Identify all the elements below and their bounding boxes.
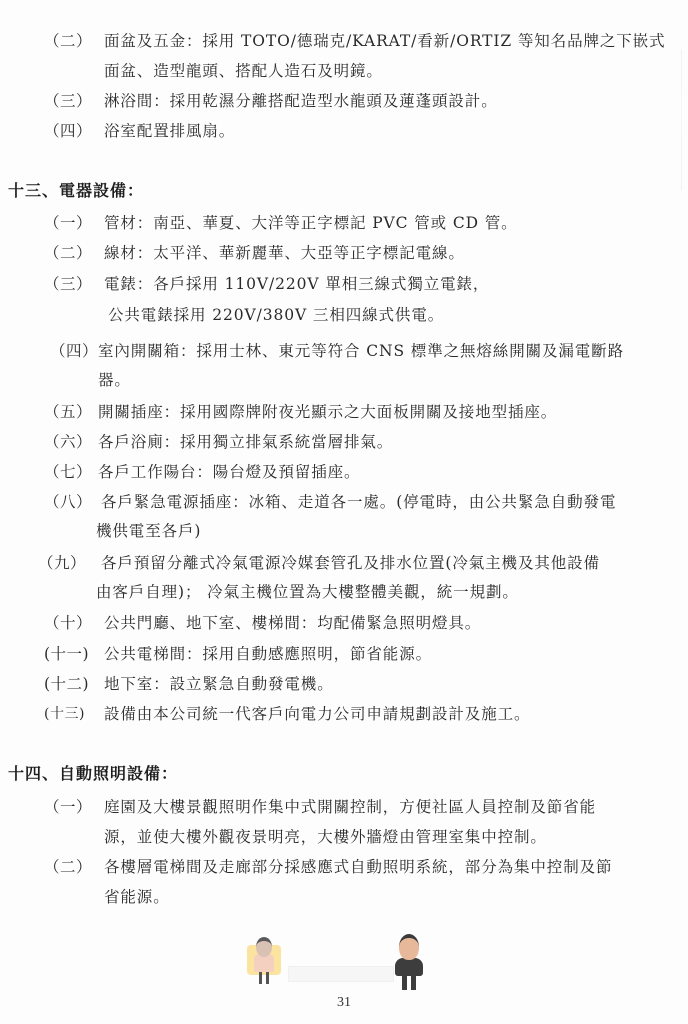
item-text: 面盆、造型龍頭、搭配人造石及明鏡。 bbox=[104, 61, 383, 81]
item-label: (十三) bbox=[44, 704, 85, 724]
item-label: （五） bbox=[44, 402, 92, 422]
item-text: 器。 bbox=[98, 370, 131, 390]
item-text: 面盆及五金：採用 TOTO/德瑞克/KARAT/看新/ORTIZ 等知名品牌之下… bbox=[104, 31, 665, 51]
item-text: 管材：南亞、華夏、大洋等正字標記 PVC 管或 CD 管。 bbox=[104, 213, 518, 233]
item-label: （九） bbox=[38, 553, 86, 573]
item-label: （八） bbox=[44, 492, 92, 512]
item-text: 各戶預留分離式冷氣電源冷媒套管孔及排水位置(冷氣主機及其他設備 bbox=[101, 553, 600, 573]
section-heading: 十四、自動照明設備： bbox=[8, 763, 178, 785]
item-label: （二） bbox=[44, 857, 92, 877]
item-text: 開關插座：採用國際牌附夜光顯示之大面板開關及接地型插座。 bbox=[98, 402, 557, 422]
item-text: 庭園及大樓景觀照明作集中式開關控制，方便社區人員控制及節省能 bbox=[104, 797, 596, 817]
item-text: 電錶：各戶採用 110V/220V 單相三線式獨立電錶， bbox=[104, 274, 489, 294]
item-text: 省能源。 bbox=[104, 887, 170, 907]
item-label: （一） bbox=[44, 797, 92, 817]
scan-edge-artifact bbox=[681, 50, 682, 190]
item-text: 淋浴間：採用乾濕分離搭配造型水龍頭及蓮蓬頭設計。 bbox=[104, 91, 498, 111]
item-text: 各戶緊急電源插座：冰箱、走道各一處。(停電時，由公共緊急自動發電 bbox=[101, 492, 616, 512]
item-text: 公共門廳、地下室、樓梯間：均配備緊急照明燈具。 bbox=[104, 613, 481, 633]
item-text: 地下室：設立緊急自動發電機。 bbox=[104, 674, 334, 694]
item-text: 線材：太平洋、華新麗華、大亞等正字標記電線。 bbox=[104, 243, 465, 263]
item-text: 各戶工作陽台：陽台燈及預留插座。 bbox=[98, 462, 360, 482]
item-label: （一） bbox=[44, 213, 92, 233]
item-label: （十） bbox=[44, 613, 92, 633]
item-text: 由客戶自理)； 冷氣主機位置為大樓整體美觀，統一規劃。 bbox=[96, 582, 519, 602]
caricature-left-icon bbox=[247, 937, 283, 987]
watermark-banner bbox=[288, 966, 394, 982]
item-text: 公共電梯間：採用自動感應照明，節省能源。 bbox=[104, 644, 432, 664]
item-label: （七） bbox=[44, 462, 92, 482]
item-label: （四） bbox=[50, 341, 98, 361]
page-number: 31 bbox=[0, 995, 688, 1011]
item-label: （四） bbox=[44, 121, 92, 141]
item-text: 室內開關箱：採用士林、東元等符合 CNS 標準之無熔絲開關及漏電斷路 bbox=[98, 341, 624, 361]
item-label: (十二) bbox=[44, 674, 89, 694]
item-text: 源，並使大樓外觀夜景明亮，大樓外牆燈由管理室集中控制。 bbox=[104, 827, 547, 847]
caricature-right-icon bbox=[393, 934, 425, 990]
item-label: (十一) bbox=[44, 644, 89, 664]
item-text: 機供電至各戶) bbox=[96, 521, 201, 541]
item-label: （二） bbox=[44, 31, 92, 51]
item-text: 公共電錶採用 220V/380V 三相四線式供電。 bbox=[108, 305, 444, 325]
footer-decoration bbox=[0, 930, 688, 990]
item-label: （六） bbox=[44, 432, 92, 452]
section-heading: 十三、電器設備： bbox=[8, 180, 144, 202]
item-text: 各戶浴廁：採用獨立排氣系統當層排氣。 bbox=[98, 432, 393, 452]
item-text: 各樓層電梯間及走廊部分採感應式自動照明系統，部分為集中控制及節 bbox=[104, 857, 612, 877]
document-page: （二） 面盆及五金：採用 TOTO/德瑞克/KARAT/看新/ORTIZ 等知名… bbox=[0, 0, 688, 1024]
item-text: 設備由本公司統一代客戶向電力公司申請規劃設計及施工。 bbox=[104, 704, 530, 724]
item-label: （三） bbox=[44, 91, 92, 111]
item-label: （三） bbox=[44, 274, 92, 294]
item-text: 浴室配置排風扇。 bbox=[104, 121, 235, 141]
item-label: （二） bbox=[44, 243, 92, 263]
